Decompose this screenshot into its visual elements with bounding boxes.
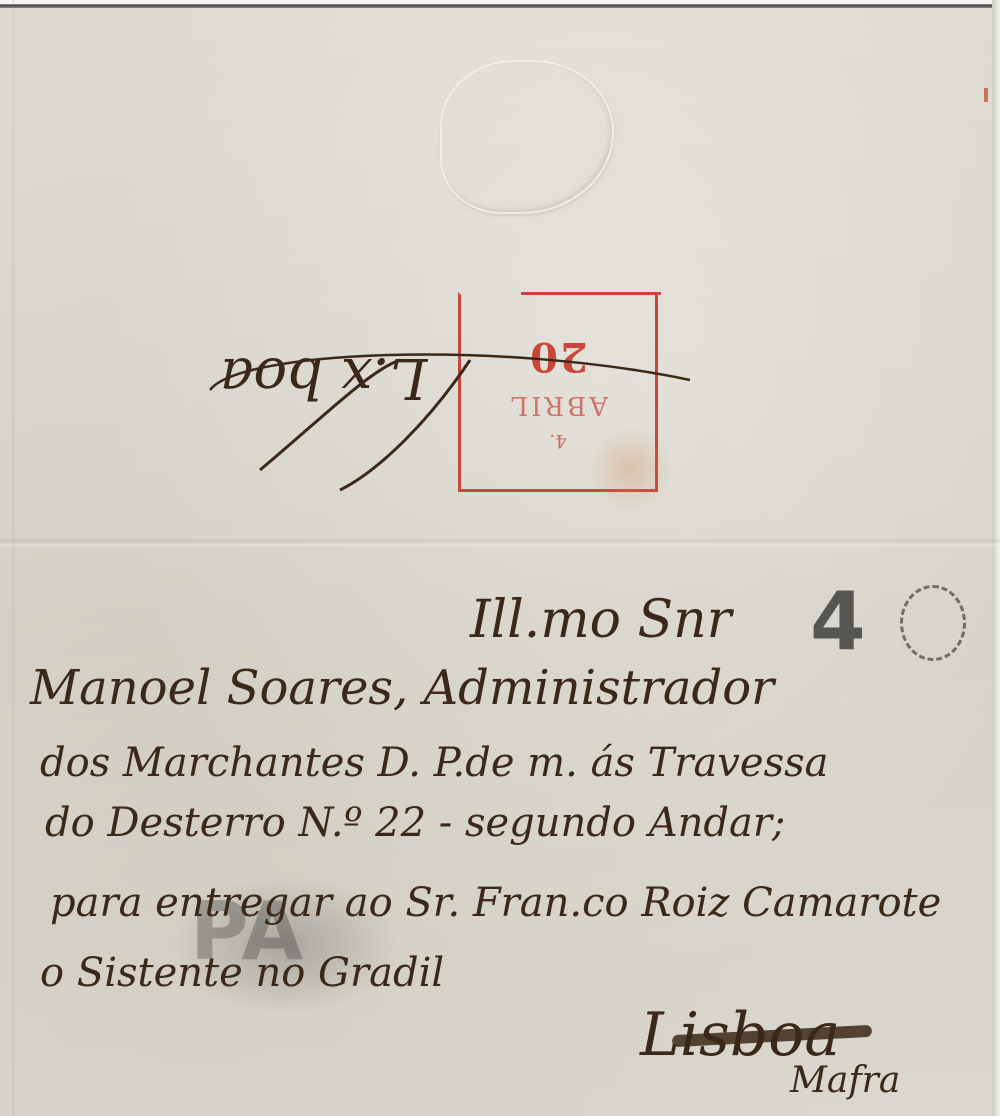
paper-right-edge [992, 0, 1000, 1116]
horizontal-fold [0, 538, 1000, 548]
destination-replacement: Mafra [790, 1060, 900, 1101]
rate-handstamp-ring [900, 585, 966, 661]
vertical-fold [12, 0, 16, 1116]
address-line-3: do Desterro N.º 22 - segundo Andar; [45, 800, 785, 846]
rate-handstamp: 4 [810, 575, 866, 668]
address-line-1: Manoel Soares, Administrador [30, 660, 774, 716]
address-line-5: o Sistente no Gradil [40, 950, 444, 996]
red-ink-mark [984, 88, 988, 102]
address-salutation: Ill.mo Snr [470, 590, 731, 650]
embossed-seal-impression [440, 60, 614, 214]
address-line-4: para entregar ao Sr. Fran.co Roiz Camaro… [50, 880, 941, 926]
origin-note: L.x boa [220, 345, 427, 410]
letter-cover: 4. ABRIL 20 L.x boa 4 PA Ill.mo Snr Mano… [0, 0, 1000, 1116]
address-line-2: dos Marchantes D. P.de m. ás Travessa [40, 740, 828, 786]
paper-top-edge [0, 0, 1000, 8]
